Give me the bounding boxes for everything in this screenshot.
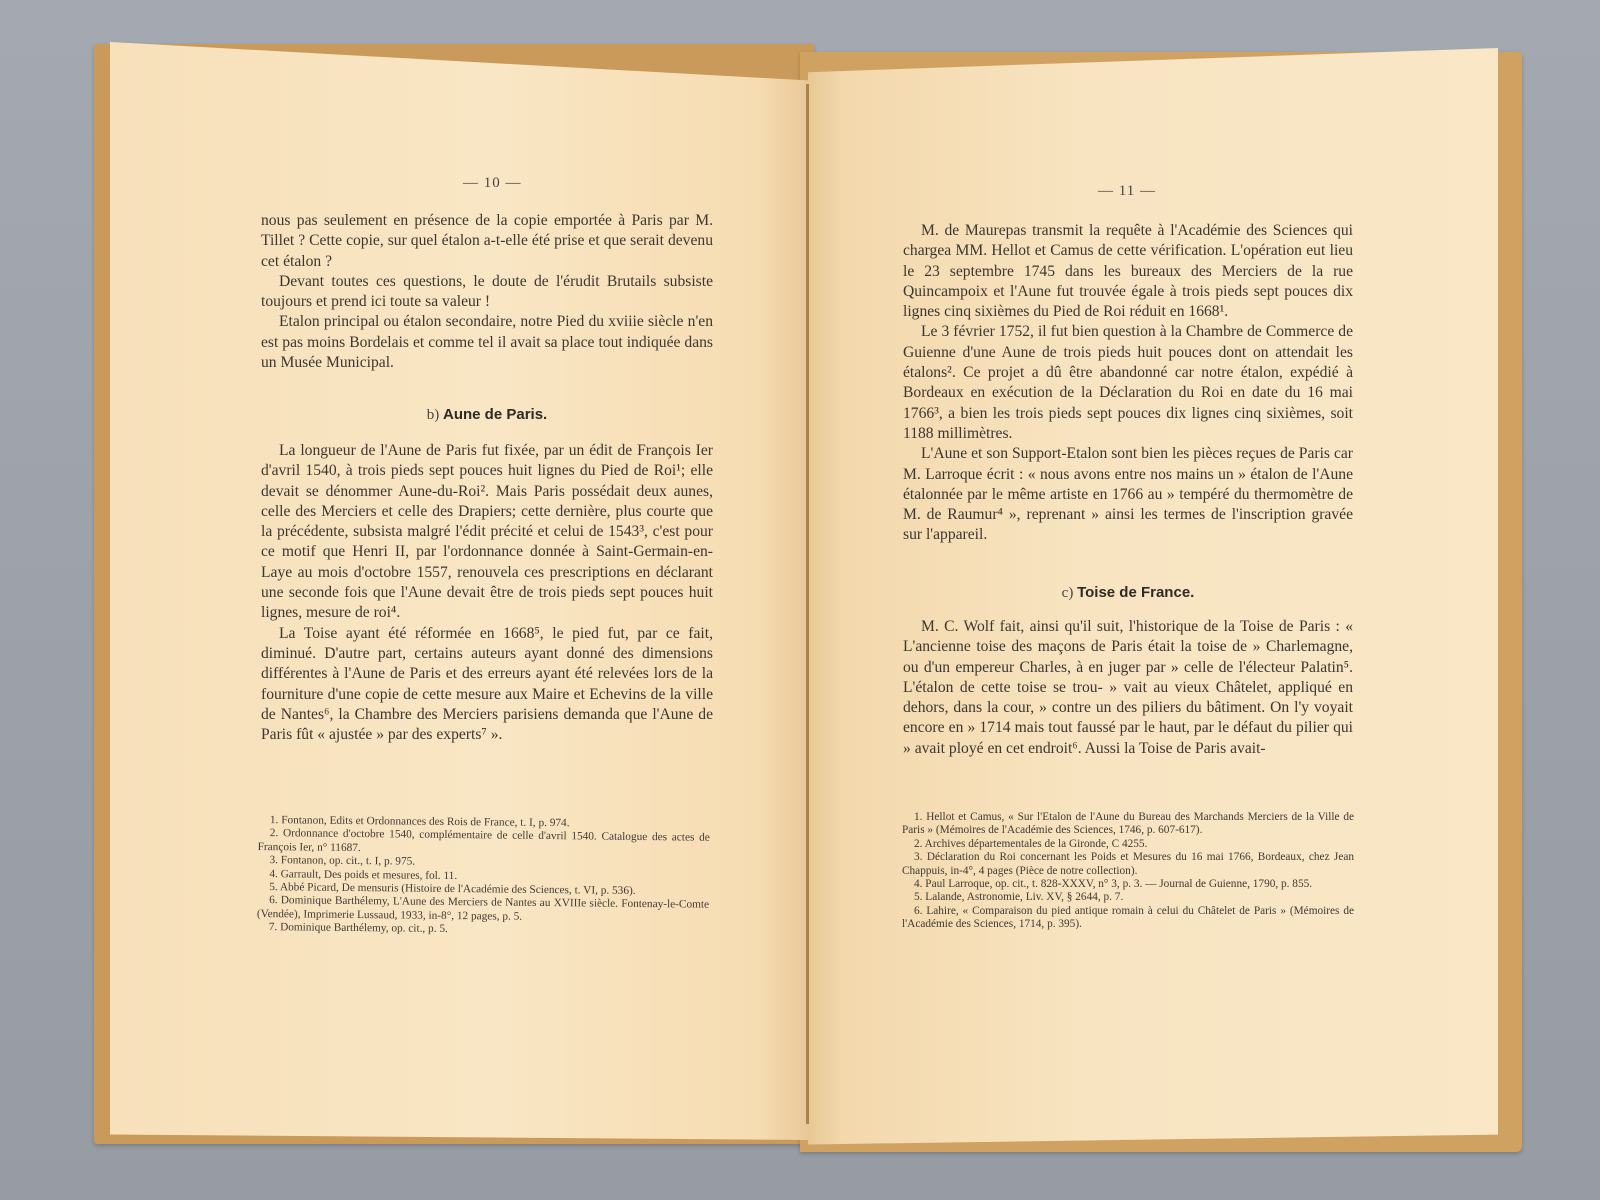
- page-number-right: — 11 —: [1098, 183, 1156, 200]
- section-label: c): [1062, 585, 1074, 601]
- section-label: b): [427, 407, 440, 423]
- footnote: 5. Lalande, Astronomie, Liv. XV, § 2644,…: [902, 891, 1354, 904]
- left-page-body: nous pas seulement en présence de la cop…: [261, 211, 713, 373]
- section-heading-aune-de-paris: b) Aune de Paris.: [261, 406, 713, 424]
- left-footnotes: 1. Fontanon, Edits et Ordonnances des Ro…: [257, 814, 710, 939]
- footnote: 2. Archives départementales de la Girond…: [902, 838, 1354, 851]
- right-page-body: M. de Maurepas transmit la requête à l'A…: [903, 221, 1353, 546]
- right-footnotes: 1. Hellot et Camus, « Sur l'Etalon de l'…: [902, 811, 1354, 932]
- footnote: 6. Lahire, « Comparaison du pied antique…: [902, 905, 1354, 932]
- paragraph: L'Aune et son Support-Etalon sont bien l…: [903, 444, 1353, 545]
- left-section-body: La longueur de l'Aune de Paris fut fixée…: [261, 441, 713, 745]
- page-number-left: — 10 —: [463, 175, 522, 192]
- footnote: 3. Déclaration du Roi concernant les Poi…: [902, 851, 1354, 878]
- footnote: 1. Hellot et Camus, « Sur l'Etalon de l'…: [902, 811, 1354, 838]
- paragraph: La Toise ayant été réformée en 1668⁵, le…: [261, 624, 713, 746]
- paragraph: nous pas seulement en présence de la cop…: [261, 211, 713, 272]
- paragraph: M. C. Wolf fait, ainsi qu'il suit, l'his…: [903, 617, 1353, 759]
- book-gutter: [806, 84, 809, 1124]
- right-section-body: M. C. Wolf fait, ainsi qu'il suit, l'his…: [903, 617, 1353, 759]
- paragraph: Le 3 février 1752, il fut bien question …: [903, 322, 1353, 444]
- paragraph: Devant toutes ces questions, le doute de…: [261, 272, 713, 313]
- paragraph: La longueur de l'Aune de Paris fut fixée…: [261, 441, 713, 624]
- section-heading-toise-de-france: c) Toise de France.: [903, 584, 1353, 602]
- footnote: 4. Paul Larroque, op. cit., t. 828-XXXV,…: [902, 878, 1354, 891]
- section-title: Toise de France.: [1077, 584, 1194, 601]
- section-title: Aune de Paris.: [443, 406, 547, 423]
- paragraph: Etalon principal ou étalon secondaire, n…: [261, 312, 713, 373]
- paragraph: M. de Maurepas transmit la requête à l'A…: [903, 221, 1353, 322]
